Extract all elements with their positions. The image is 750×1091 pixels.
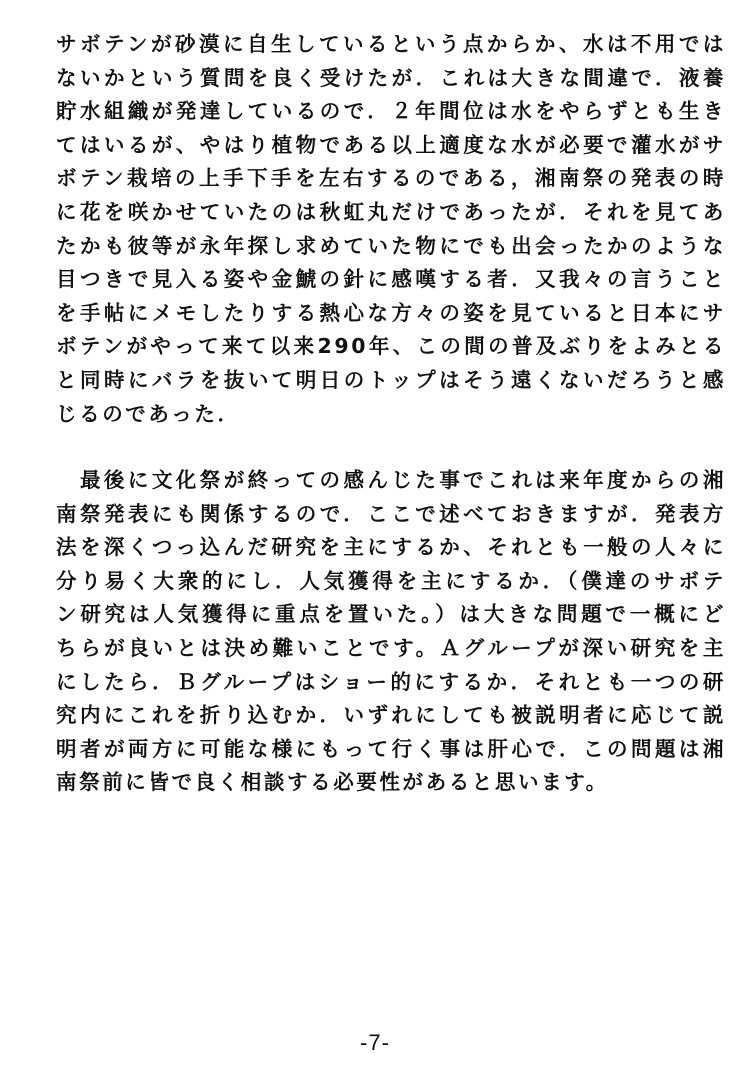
text-line: ボテン栽培の上手下手を左右するのである，湘南祭の発表の時 bbox=[56, 162, 726, 196]
text-line: 貯水組織が発達しているので．２年間位は水をやらずとも生き bbox=[56, 95, 726, 129]
text-line: てはいるが、やはり植物である以上適度な水が必要で灌水がサ bbox=[56, 129, 726, 163]
paragraph-festival-reflection: 最後に文化祭が終っての感んじた事でこれは来年度からの湘 南祭発表にも関係するので… bbox=[56, 464, 726, 800]
text-line: にしたら．Ｂグループはショー的にするか．それとも一つの研 bbox=[56, 666, 726, 700]
text-line: 南祭発表にも関係するので．ここで述べておきますが．発表方 bbox=[56, 498, 726, 532]
text-line: を手帖にメモしたりする熱心な方々の姿を見ていると日本にサ bbox=[56, 297, 726, 331]
text-line: ないかという質問を良く受けたが．これは大きな間違で．液養 bbox=[56, 62, 726, 96]
text-line: じるのであった． bbox=[56, 398, 726, 432]
text-line: と同時にバラを抜いて明日のトップはそう遠くないだろうと感 bbox=[56, 364, 726, 398]
text-line: 究内にこれを折り込むか．いずれにしても被説明者に応じて説 bbox=[56, 699, 726, 733]
text-line: 明者が両方に可能な様にもって行く事は肝心で．この問題は湘 bbox=[56, 733, 726, 767]
text-line: 分り易く大衆的にし．人気獲得を主にするか．（僕達のサボテ bbox=[56, 565, 726, 599]
text-line: サボテンが砂漠に自生しているという点からか、水は不用では bbox=[56, 28, 726, 62]
text-line: ちらが良いとは決め難いことです。Ａグループが深い研究を主 bbox=[56, 632, 726, 666]
text-line: に花を咲かせていたのは秋虹丸だけであったが．それを見てあ bbox=[56, 196, 726, 230]
text-line: ボテンがやって来て以来290年、この間の普及ぶりをよみとる bbox=[56, 330, 726, 364]
text-line: 法を深くつっ込んだ研究を主にするか、それとも一般の人々に bbox=[56, 531, 726, 565]
page-number: -7- bbox=[0, 1030, 750, 1056]
paragraph-cactus-exhibit: サボテンが砂漠に自生しているという点からか、水は不用では ないかという質問を良く… bbox=[56, 28, 726, 431]
text-line: 目つきで見入る姿や金鯱の針に感嘆する者．又我々の言うこと bbox=[56, 263, 726, 297]
text-line: たかも彼等が永年探し求めていた物にでも出会ったかのような bbox=[56, 230, 726, 264]
text-line: ン研究は人気獲得に重点を置いた。）は大きな問題で一概にど bbox=[56, 598, 726, 632]
document-page: サボテンが砂漠に自生しているという点からか、水は不用では ないかという質問を良く… bbox=[0, 0, 750, 1091]
text-line: 南祭前に皆で良く相談する必要性があると思います。 bbox=[56, 766, 726, 800]
text-line: 最後に文化祭が終っての感んじた事でこれは来年度からの湘 bbox=[56, 464, 726, 498]
